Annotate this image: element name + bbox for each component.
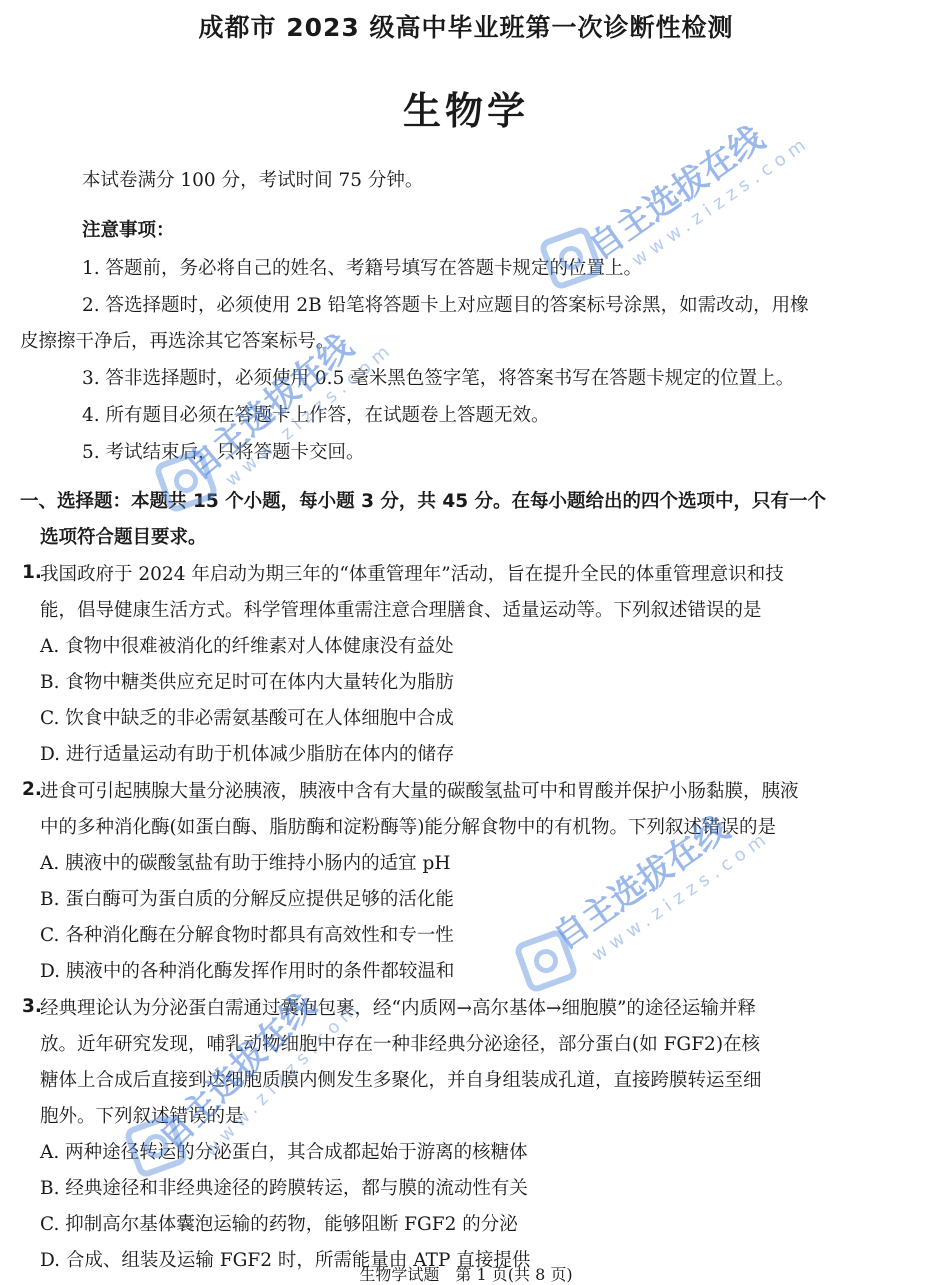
note-item: 4. 所有题目必须在答题卡上作答，在试题卷上答题无效。 — [82, 403, 550, 429]
option-c: C. 饮食中缺乏的非必需氨基酸可在人体细胞中合成 — [40, 706, 454, 732]
watermark-logo-icon — [513, 928, 580, 995]
subject-title: 生物学 — [0, 80, 932, 135]
note-item: 2. 答选择题时，必须使用 2B 铅笔将答题卡上对应题目的答案标号涂黑，如需改动… — [82, 293, 809, 319]
question-stem-line: 进食可引起胰腺大量分泌胰液，胰液中含有大量的碳酸氢盐可中和胃酸并保护小肠黏膜，胰… — [40, 779, 799, 805]
option-c: C. 抑制高尔基体囊泡运输的药物，能够阻断 FGF2 的分泌 — [40, 1212, 518, 1238]
question-stem-line: 经典理论认为分泌蛋白需通过囊泡包裹，经“内质网→高尔基体→细胞膜”的途径运输并释 — [40, 996, 756, 1022]
option-d: D. 胰液中的各种消化酶发挥作用时的条件都较温和 — [40, 959, 454, 985]
section-heading-continuation: 选项符合题目要求。 — [40, 525, 207, 551]
watermark-url: www.zizzs.com — [588, 827, 775, 966]
option-c: C. 各种消化酶在分解食物时都具有高效性和专一性 — [40, 923, 454, 949]
option-b: B. 经典途径和非经典途径的跨膜转运，都与膜的流动性有关 — [40, 1176, 528, 1202]
question-stem-line: 放。近年研究发现，哺乳动物细胞中存在一种非经典分泌途径，部分蛋白(如 FGF2)… — [40, 1032, 760, 1058]
watermark-url: www.zizzs.com — [628, 132, 815, 271]
page-footer: 生物学试题 第 1 页(共 8 页) — [0, 1262, 932, 1285]
exam-page: 成都市 2023 级高中毕业班第一次诊断性检测 生物学 本试卷满分 100 分，… — [0, 0, 932, 1285]
note-item-continuation: 皮擦擦干净后，再选涂其它答案标号。 — [20, 329, 335, 355]
question-number: 2. — [22, 779, 42, 800]
option-b: B. 蛋白酶可为蛋白质的分解反应提供足够的活化能 — [40, 887, 454, 913]
watermark-text: 自主选拔在线 — [577, 112, 772, 269]
question-stem-line: 中的多种消化酶(如蛋白酶、脂肪酶和淀粉酶等)能分解食物中的有机物。下列叙述错误的… — [40, 815, 776, 841]
question-number: 3. — [22, 996, 42, 1017]
exam-title: 成都市 2023 级高中毕业班第一次诊断性检测 — [0, 8, 932, 44]
question-number: 1. — [22, 562, 42, 583]
exam-intro: 本试卷满分 100 分，考试时间 75 分钟。 — [82, 168, 423, 194]
section-heading: 一、选择题：本题共 15 个小题，每小题 3 分，共 45 分。在每小题给出的四… — [20, 489, 826, 515]
option-a: A. 两种途径转运的分泌蛋白，其合成都起始于游离的核糖体 — [40, 1140, 528, 1166]
option-a: A. 胰液中的碳酸氢盐有助于维持小肠内的适宜 pH — [40, 851, 450, 877]
notes-heading: 注意事项： — [82, 218, 175, 244]
note-item: 5. 考试结束后，只将答题卡交回。 — [82, 440, 365, 466]
question-stem-line: 我国政府于 2024 年启动为期三年的“体重管理年”活动，旨在提升全民的体重管理… — [40, 562, 784, 588]
question-stem-line: 能，倡导健康生活方式。科学管理体重需注意合理膳食、适量运动等。下列叙述错误的是 — [40, 598, 762, 624]
note-item: 3. 答非选择题时，必须使用 0.5 毫米黑色签字笔，将答案书写在答题卡规定的位… — [82, 366, 794, 392]
question-stem-line: 糖体上合成后直接到达细胞质膜内侧发生多聚化，并自身组装成孔道，直接跨膜转运至细 — [40, 1068, 762, 1094]
option-d: D. 进行适量运动有助于机体减少脂肪在体内的储存 — [40, 742, 454, 768]
option-a: A. 食物中很难被消化的纤维素对人体健康没有益处 — [40, 634, 454, 660]
option-b: B. 食物中糖类供应充足时可在体内大量转化为脂肪 — [40, 670, 454, 696]
